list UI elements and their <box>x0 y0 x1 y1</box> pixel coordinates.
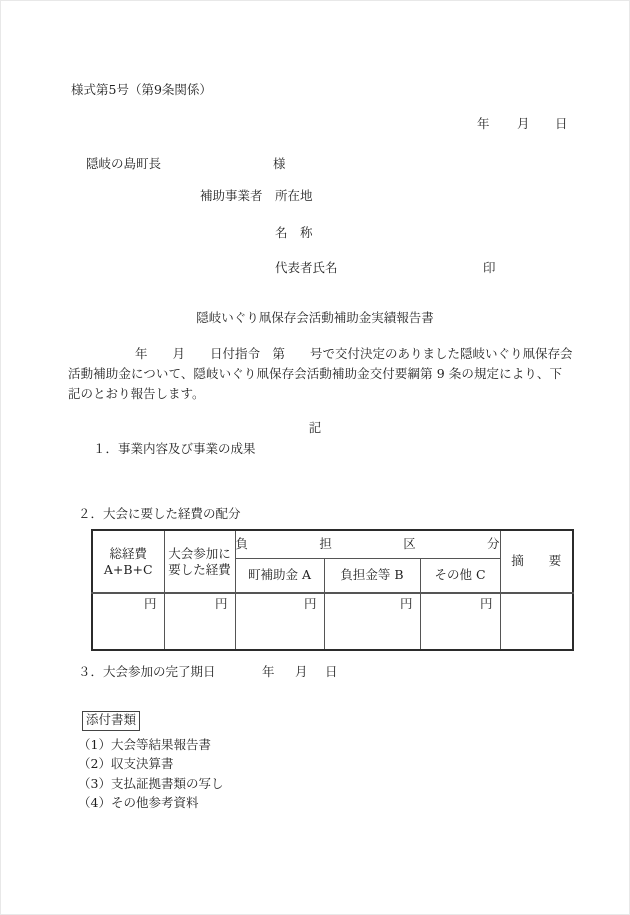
completion-date-year-label: 年 <box>262 666 275 679</box>
attachment-item-3: （3）支払証拠書類の写し <box>78 774 223 793</box>
burden-category-label: 負 担 区 分 <box>236 538 500 551</box>
col-remarks-header: 摘 要 <box>500 530 573 593</box>
remarks-value-cell <box>500 593 573 650</box>
burden-fee-value-cell: 円 <box>324 593 420 650</box>
expense-allocation-table: 総経費 A+B+C 大会参加に 要した経費 負 担 区 分 摘 要 町補助金 A… <box>91 529 574 651</box>
body-line-2: 活動補助金について、隠岐いぐり凧保存会活動補助金交付要綱第 9 条の規定により、… <box>68 368 562 381</box>
attachments-list: （1）大会等結果報告書 （2）収支決算書 （3）支払証拠書類の写し （4）その他… <box>78 735 223 813</box>
participation-cost-value-cell: 円 <box>164 593 235 650</box>
attachments-title-box: 添付書類 <box>82 711 140 731</box>
col-town-subsidy-header: 町補助金 A <box>235 559 324 594</box>
representative-label: 代表者氏名 <box>275 262 338 275</box>
document-title: 隠岐いぐり凧保存会活動補助金実績報告書 <box>0 312 630 325</box>
total-expense-formula: A+B+C <box>93 562 164 578</box>
col-other-header: その他 C <box>420 559 500 594</box>
col-burden-fee-header: 負担金等 B <box>324 559 420 594</box>
total-expense-label: 総経費 <box>93 546 164 562</box>
col-participation-cost-header: 大会参加に 要した経費 <box>164 530 235 593</box>
completion-date-month-label: 月 <box>295 666 308 679</box>
participation-cost-label-1: 大会参加に <box>165 546 235 562</box>
burden-category-group-header: 負 担 区 分 <box>235 530 500 559</box>
total-expense-value-cell: 円 <box>92 593 164 650</box>
attachments-title: 添付書類 <box>86 712 136 727</box>
remarks-label: 摘 要 <box>511 553 561 568</box>
applicant-name-label: 名 称 <box>275 227 313 240</box>
seal-label: 印 <box>483 262 496 275</box>
report-form-page: 様式第5号（第9条関係） 年 月 日 隠岐の島町長 様 補助事業者 所在地 名 … <box>0 0 630 915</box>
addressee-honorific: 様 <box>273 158 286 171</box>
header-date-year-label: 年 <box>477 118 490 131</box>
attachment-item-2: （2）収支決算書 <box>78 754 223 773</box>
addressee: 隠岐の島町長 <box>86 158 161 171</box>
section-1-heading: １．事業内容及び事業の成果 <box>93 443 256 456</box>
body-line-3: 記のとおり報告します。 <box>68 388 205 401</box>
attachment-item-1: （1）大会等結果報告書 <box>78 735 223 754</box>
section-2-heading: ２．大会に要した経費の配分 <box>78 508 241 521</box>
body-line-1: 年 月 日付指令 第 号で交付決定のありました隠岐いぐり凧保存会 <box>135 348 573 361</box>
header-date-day-label: 日 <box>555 118 568 131</box>
participation-cost-label-2: 要した経費 <box>165 562 235 578</box>
section-3-heading: ３．大会参加の完了期日 <box>78 666 216 679</box>
header-date-month-label: 月 <box>517 118 530 131</box>
form-number: 様式第5号（第9条関係） <box>71 84 212 97</box>
applicant-address-label: 補助事業者 所在地 <box>200 190 313 203</box>
attachment-item-4: （4）その他参考資料 <box>78 793 223 812</box>
ki-heading: 記 <box>0 422 630 435</box>
other-value-cell: 円 <box>420 593 500 650</box>
col-total-expense-header: 総経費 A+B+C <box>92 530 164 593</box>
town-subsidy-value-cell: 円 <box>235 593 324 650</box>
completion-date-day-label: 日 <box>325 666 338 679</box>
